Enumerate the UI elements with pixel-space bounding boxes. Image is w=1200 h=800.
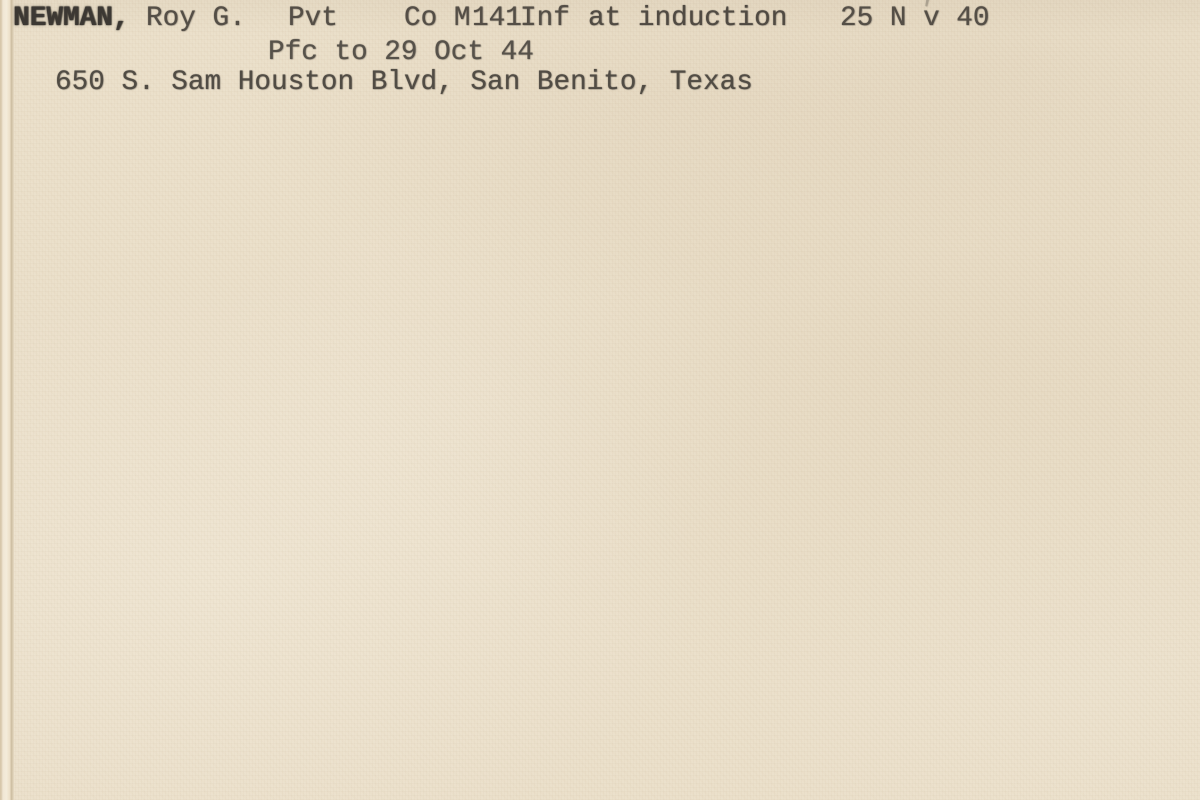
- soldier-given-name: Roy G.: [146, 5, 246, 33]
- unit-company: Co M: [404, 5, 470, 33]
- unit-branch: Inf: [520, 5, 570, 33]
- typed-line-address: 650 S. Sam Houston Blvd, San Benito, Tex…: [55, 69, 753, 97]
- soldier-surname: NEWMAN,: [13, 5, 129, 33]
- induction-date: 25 N v 40: [840, 5, 990, 33]
- induction-note: at induction: [588, 5, 787, 33]
- paper-aging-blotches: [0, 0, 1200, 800]
- typed-line-induction: NEWMAN, Roy G. Pvt Co M 141 Inf at induc…: [0, 5, 1200, 35]
- rank-at-induction: Pvt: [288, 5, 338, 33]
- typed-line-promotion: Pfc to 29 Oct 44: [268, 39, 534, 67]
- unit-regiment: 141: [472, 5, 522, 33]
- paper-grain-texture: [0, 0, 1200, 800]
- index-card: NEWMAN, Roy G. Pvt Co M 141 Inf at induc…: [0, 0, 1200, 800]
